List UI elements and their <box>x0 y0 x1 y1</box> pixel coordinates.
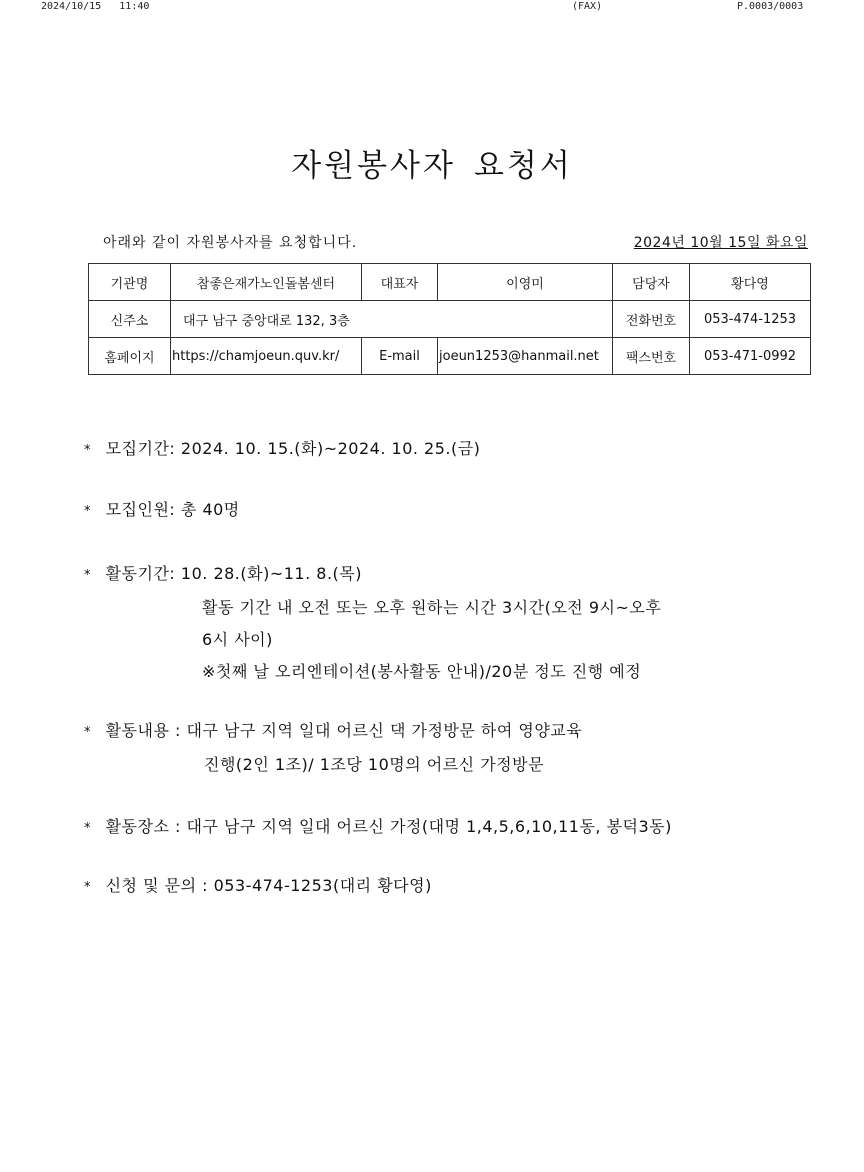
table-row: 홈페이지 https://chamjoeun.quv.kr/ E-mail jo… <box>89 338 811 375</box>
value-contact-person: 황다영 <box>690 264 811 301</box>
item-text: 대구 남구 지역 일대 어르신 가정(대명 1,4,5,6,10,11동, 봉덕… <box>187 817 672 836</box>
bullet-star-icon: * <box>84 435 100 467</box>
item-label: 활동장소 : <box>106 817 181 836</box>
bullet-star-icon: * <box>84 496 100 528</box>
value-phone: 053-474-1253 <box>690 301 811 338</box>
fax-timestamp: 2024/10/15 11:40 <box>41 1 149 12</box>
label-contact-person: 담당자 <box>613 264 690 301</box>
label-address: 신주소 <box>89 301 171 338</box>
item-text: 대구 남구 지역 일대 어르신 댁 가정방문 하여 영양교육 <box>187 721 583 740</box>
fax-header: 2024/10/15 11:40 (FAX) P.0003/0003 <box>0 0 864 14</box>
label-representative: 대표자 <box>362 264 438 301</box>
value-homepage: https://chamjoeun.quv.kr/ <box>171 338 362 375</box>
item-text: 053-474-1253(대리 황다영) <box>214 876 432 895</box>
label-homepage: 홈페이지 <box>89 338 171 375</box>
table-row: 기관명 참좋은재가노인돌봄센터 대표자 이영미 담당자 황다영 <box>89 264 811 301</box>
organization-info-table: 기관명 참좋은재가노인돌봄센터 대표자 이영미 담당자 황다영 신주소 대구 남… <box>88 263 811 375</box>
label-fax: 팩스번호 <box>613 338 690 375</box>
fax-page-number: P.0003/0003 <box>737 1 803 12</box>
item-activity-period: * 활동기간: 10. 28.(화)~11. 8.(목) 활동 기간 내 오전 … <box>84 558 661 688</box>
bullet-star-icon: * <box>84 560 100 592</box>
bullet-star-icon: * <box>84 813 100 845</box>
label-phone: 전화번호 <box>613 301 690 338</box>
item-label: 모집기간: <box>106 439 176 458</box>
document-title: 자원봉사자요청서 <box>0 140 864 185</box>
table-row: 신주소 대구 남구 중앙대로 132, 3층 전화번호 053-474-1253 <box>89 301 811 338</box>
item-detail-line: 활동 기간 내 오전 또는 오후 원하는 시간 3시간(오전 9시~오후 <box>84 592 661 624</box>
document-date: 2024년 10월 15일 화요일 <box>634 232 808 252</box>
item-text: 총 40명 <box>181 500 240 519</box>
item-label: 신청 및 문의 : <box>106 876 208 895</box>
item-detail-line: ※첫째 날 오리엔테이션(봉사활동 안내)/20분 정도 진행 예정 <box>84 656 661 688</box>
item-activity-location: * 활동장소 : 대구 남구 지역 일대 어르신 가정(대명 1,4,5,6,1… <box>84 811 672 845</box>
value-org-name: 참좋은재가노인돌봄센터 <box>171 264 362 301</box>
item-label: 모집인원: <box>106 500 176 519</box>
item-recruitment-count: * 모집인원: 총 40명 <box>84 494 240 528</box>
item-recruitment-period: * 모집기간: 2024. 10. 15.(화)~2024. 10. 25.(금… <box>84 433 480 467</box>
item-text: 10. 28.(화)~11. 8.(목) <box>181 564 362 583</box>
intro-text: 아래와 같이 자원봉사자를 요청합니다. <box>103 232 357 252</box>
value-address: 대구 남구 중앙대로 132, 3층 <box>171 301 613 338</box>
item-application-inquiry: * 신청 및 문의 : 053-474-1253(대리 황다영) <box>84 870 432 904</box>
fax-label: (FAX) <box>572 1 602 12</box>
item-detail-line: 진행(2인 1조)/ 1조당 10명의 어르신 가정방문 <box>84 749 582 781</box>
label-org-name: 기관명 <box>89 264 171 301</box>
item-activity-content: * 활동내용 : 대구 남구 지역 일대 어르신 댁 가정방문 하여 영양교육 … <box>84 715 582 781</box>
value-fax: 053-471-0992 <box>690 338 811 375</box>
title-part-1: 자원봉사자 <box>291 148 456 184</box>
value-email: joeun1253@hanmail.net <box>438 338 613 375</box>
bullet-star-icon: * <box>84 872 100 904</box>
item-label: 활동내용 : <box>106 721 181 740</box>
title-part-2: 요청서 <box>474 148 573 184</box>
label-email: E-mail <box>362 338 438 375</box>
item-label: 활동기간: <box>106 564 176 583</box>
value-representative: 이영미 <box>438 264 613 301</box>
item-text: 2024. 10. 15.(화)~2024. 10. 25.(금) <box>181 439 481 458</box>
bullet-star-icon: * <box>84 717 100 749</box>
item-detail-line: 6시 사이) <box>84 624 661 656</box>
